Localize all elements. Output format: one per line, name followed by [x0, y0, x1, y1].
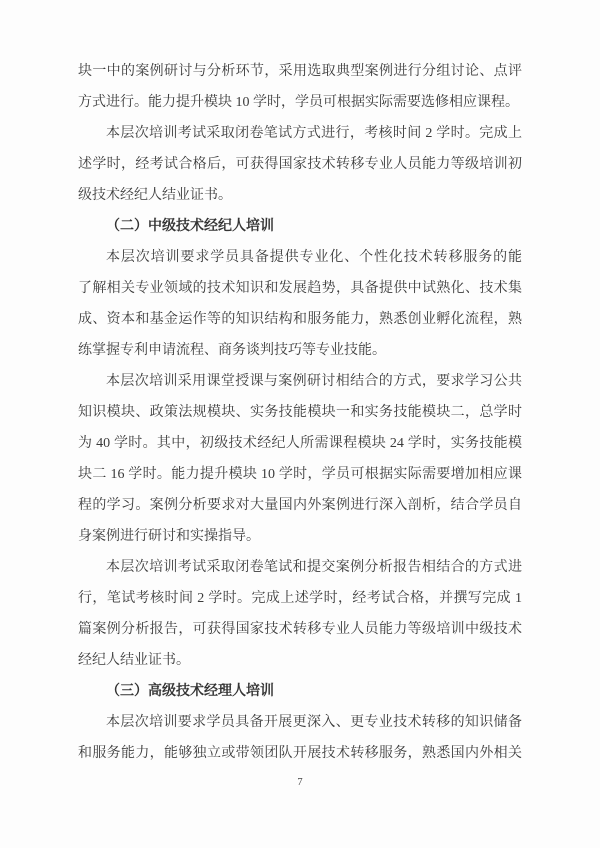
text-line: 本层次培训要求学员具备提供专业化、个性化技术转移服务的能力， — [78, 242, 522, 273]
section-heading-senior-manager: （三）高级技术经理人培训 — [78, 676, 522, 707]
text-line: 行，笔试考核时间 2 学时。完成上述学时，经考试合格，并撰写完成 1 — [78, 583, 522, 614]
section-heading-intermediate-broker: （二）中级技术经纪人培训 — [78, 211, 522, 242]
text-line: 本层次培训考试采取闭卷笔试和提交案例分析报告相结合的方式进 — [78, 552, 522, 583]
text-line: 成、资本和基金运作等的知识结构和服务能力，熟悉创业孵化流程，熟 — [78, 304, 522, 335]
text-line: 为 40 学时。其中，初级技术经纪人所需课程模块 24 学时，实务技能模 — [78, 428, 522, 459]
text-line: 块一中的案例研讨与分析环节，采用选取典型案例进行分组讨论、点评 — [78, 56, 522, 87]
text-line: 本层次培训考试采取闭卷笔试方式进行，考核时间 2 学时。完成上 — [78, 118, 522, 149]
text-line: 知识模块、政策法规模块、实务技能模块一和实务技能模块二，总学时 — [78, 397, 522, 428]
text-line: 述学时，经考试合格后，可获得国家技术转移专业人员能力等级培训初 — [78, 149, 522, 180]
page-number: 7 — [78, 775, 522, 791]
text-line: 级技术经纪人结业证书。 — [78, 180, 522, 211]
text-line: 和服务能力，能够独立或带领团队开展技术转移服务，熟悉国内外相关 — [78, 738, 522, 769]
text-line: 练掌握专利申请流程、商务谈判技巧等专业技能。 — [78, 335, 522, 366]
text-line: 块二 16 学时。能力提升模块 10 学时，学员可根据实际需要增加相应课 — [78, 459, 522, 490]
text-line: 身案例进行研讨和实操指导。 — [78, 521, 522, 552]
text-line: 了解相关专业领域的技术知识和发展趋势，具备提供中试熟化、技术集 — [78, 273, 522, 304]
text-line: 方式进行。能力提升模块 10 学时，学员可根据实际需要选修相应课程。 — [78, 87, 522, 118]
text-line: 篇案例分析报告，可获得国家技术转移专业人员能力等级培训中级技术 — [78, 614, 522, 645]
document-page: 块一中的案例研讨与分析环节，采用选取典型案例进行分组讨论、点评 方式进行。能力提… — [0, 0, 600, 848]
text-line: 本层次培训采用课堂授课与案例研讨相结合的方式，要求学习公共 — [78, 366, 522, 397]
text-line: 本层次培训要求学员具备开展更深入、更专业技术转移的知识储备 — [78, 707, 522, 738]
text-line: 程的学习。案例分析要求对大量国内外案例进行深入剖析，结合学员自 — [78, 490, 522, 521]
text-line: 经纪人结业证书。 — [78, 645, 522, 676]
